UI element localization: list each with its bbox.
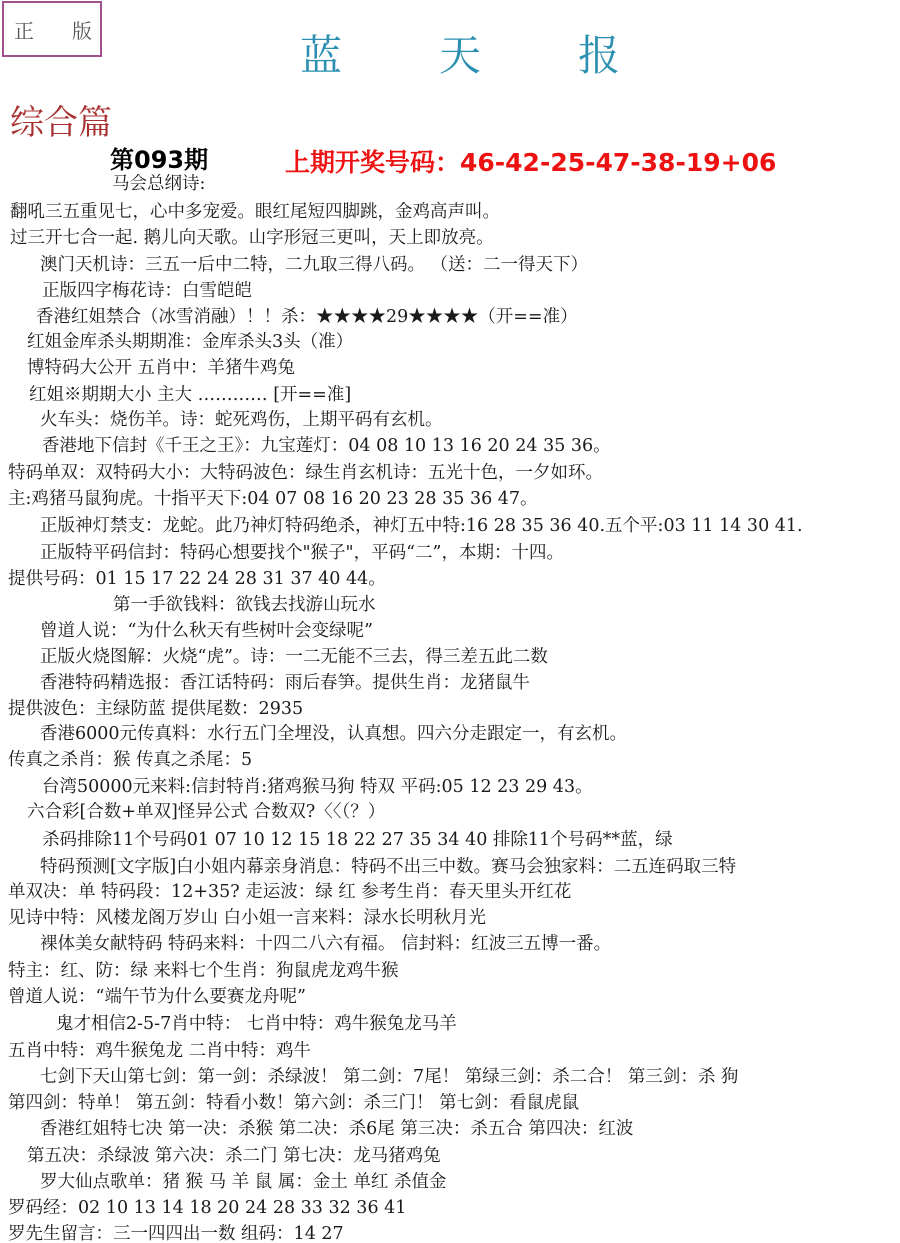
text-line: 曾道人说：“为什么秋天有些树叶会变绿呢” <box>40 619 373 643</box>
text-line: 特码预测[文字版]白小姐内幕亲身消息：特码不出三中数。赛马会独家料：二五连码取三… <box>40 855 736 879</box>
text-line: 曾道人说：“端午节为什么要赛龙舟呢” <box>8 985 306 1009</box>
text-line: 第四剑：特单！ 第五剑：特看小数！第六剑：杀三门！ 第七剑：看鼠虎鼠 <box>8 1091 579 1115</box>
text-line: 杀码排除11个号码01 07 10 12 15 18 22 27 35 34 4… <box>42 828 673 852</box>
text-line: 红姐※期期大小 主大 ………… [开==准] <box>29 383 351 407</box>
text-line: 香港6000元传真料：水行五门全埋没，认真想。四六分走跟定一，有玄机。 <box>40 722 627 746</box>
title-char-1: 蓝 <box>300 23 342 83</box>
title-char-3: 报 <box>578 23 620 83</box>
badge-char-1: 正 <box>14 15 34 44</box>
text-line: 罗大仙点歌单：猪 猴 马 羊 鼠 属：金土 单红 杀值金 <box>40 1170 446 1194</box>
text-line: 火车头：烧伤羊。诗：蛇死鸡伤，上期平码有玄机。 <box>40 408 443 432</box>
text-line: 博特码大公开 五肖中：羊猪牛鸡兔 <box>27 356 295 380</box>
text-line: 马会总纲诗: <box>112 172 205 196</box>
text-line: 特主：红、防：绿 来料七个生肖：狗鼠虎龙鸡牛猴 <box>8 959 399 983</box>
text-line: 传真之杀肖：猴 传真之杀尾：5 <box>8 748 252 772</box>
text-line: 香港红姐禁合（冰雪消融）！！杀：★★★★29★★★★（开==准） <box>36 305 578 329</box>
text-line: 裸体美女献特码 特码来料：十四二八六有福。 信封料：红波三五博一番。 <box>40 932 611 956</box>
text-line: 正版四字梅花诗：白雪皑皑 <box>42 279 252 303</box>
text-line: 香港特码精选报：香江话特码：雨后春笋。提供生肖：龙猪鼠牛 <box>40 671 530 695</box>
text-line: 五肖中特：鸡牛猴兔龙 二肖中特：鸡牛 <box>8 1039 311 1063</box>
badge-char-2: 版 <box>72 15 92 44</box>
text-line: 提供波色：主绿防蓝 提供尾数：2935 <box>8 697 303 721</box>
text-line: 单双决：单 特码段：12+35? 走运波：绿 红 参考生肖：春天里头开红花 <box>8 880 571 904</box>
text-line: 台湾50000元来料:信封特肖:猪鸡猴马狗 特双 平码:05 12 23 29 … <box>42 775 593 799</box>
text-line: 第一手欲钱料：欲钱去找游山玩水 <box>113 593 376 617</box>
text-line: 香港地下信封《千王之王》：九宝莲灯：04 08 10 13 16 20 24 3… <box>42 434 611 458</box>
text-line: 香港红姐特七决 第一决：杀猴 第二决：杀6尾 第三决：杀五合 第四决：红波 <box>40 1117 633 1141</box>
text-line: 罗先生留言：三一四四出一数 组码：14 27 <box>8 1222 344 1243</box>
text-line: 见诗中特：风楼龙阁万岁山 白小姐一言来料：渌水长明秋月光 <box>8 906 486 930</box>
genuine-edition-badge: 正 版 <box>2 1 102 57</box>
page-title: 蓝 天 报 <box>300 22 620 84</box>
text-line: 正版火烧图解：火烧“虎”。诗：一二无能不三去，得三差五此二数 <box>40 645 548 669</box>
issue-number: 第093期 <box>110 140 208 175</box>
previous-draw-result: 上期开奖号码：46-42-25-47-38-19+06 <box>285 143 776 179</box>
text-line: 六合彩[合数+单双]怪异公式 合数双?〈〈（？） <box>27 800 385 824</box>
text-line: 第五决：杀绿波 第六决：杀二门 第七决：龙马猪鸡兔 <box>27 1144 441 1168</box>
text-line: 翻吼三五重见七，心中多宠爱。眼红尾短四脚跳，金鸡高声叫。 <box>10 200 500 224</box>
text-line: 七剑下天山第七剑：第一剑：杀绿波！ 第二剑：7尾！ 第绿三剑：杀二合！ 第三剑：… <box>40 1065 738 1089</box>
text-line: 澳门天机诗：三五一后中二特，二九取三得八码。 （送：二一得天下） <box>40 253 588 277</box>
text-line: 正版特平码信封：特码心想要找个"猴子"，平码“二”，本期：十四。 <box>40 541 564 565</box>
title-char-2: 天 <box>439 23 481 83</box>
text-line: 正版神灯禁支：龙蛇。此乃神灯特码绝杀，神灯五中特:16 28 35 36 40.… <box>40 514 803 538</box>
text-line: 过三开七合一起. 鹅儿向天歌。山字形冠三更叫，天上即放亮。 <box>10 226 494 250</box>
section-heading: 综合篇 <box>10 95 112 144</box>
text-line: 特码单双：双特码大小：大特码波色：绿生肖玄机诗：五光十色，一夕如环。 <box>8 461 603 485</box>
text-line: 罗码经：02 10 13 14 18 20 24 28 33 32 36 41 <box>8 1196 406 1220</box>
text-line: 鬼才相信2-5-7肖中特： 七肖中特：鸡牛猴兔龙马羊 <box>56 1012 457 1036</box>
text-line: 红姐金库杀头期期准：金库杀头3头（准） <box>27 330 353 354</box>
text-line: 主:鸡猪马鼠狗虎。十指平天下:04 07 08 16 20 23 28 35 3… <box>8 487 538 511</box>
text-line: 提供号码：01 15 17 22 24 28 31 37 40 44。 <box>8 567 386 591</box>
